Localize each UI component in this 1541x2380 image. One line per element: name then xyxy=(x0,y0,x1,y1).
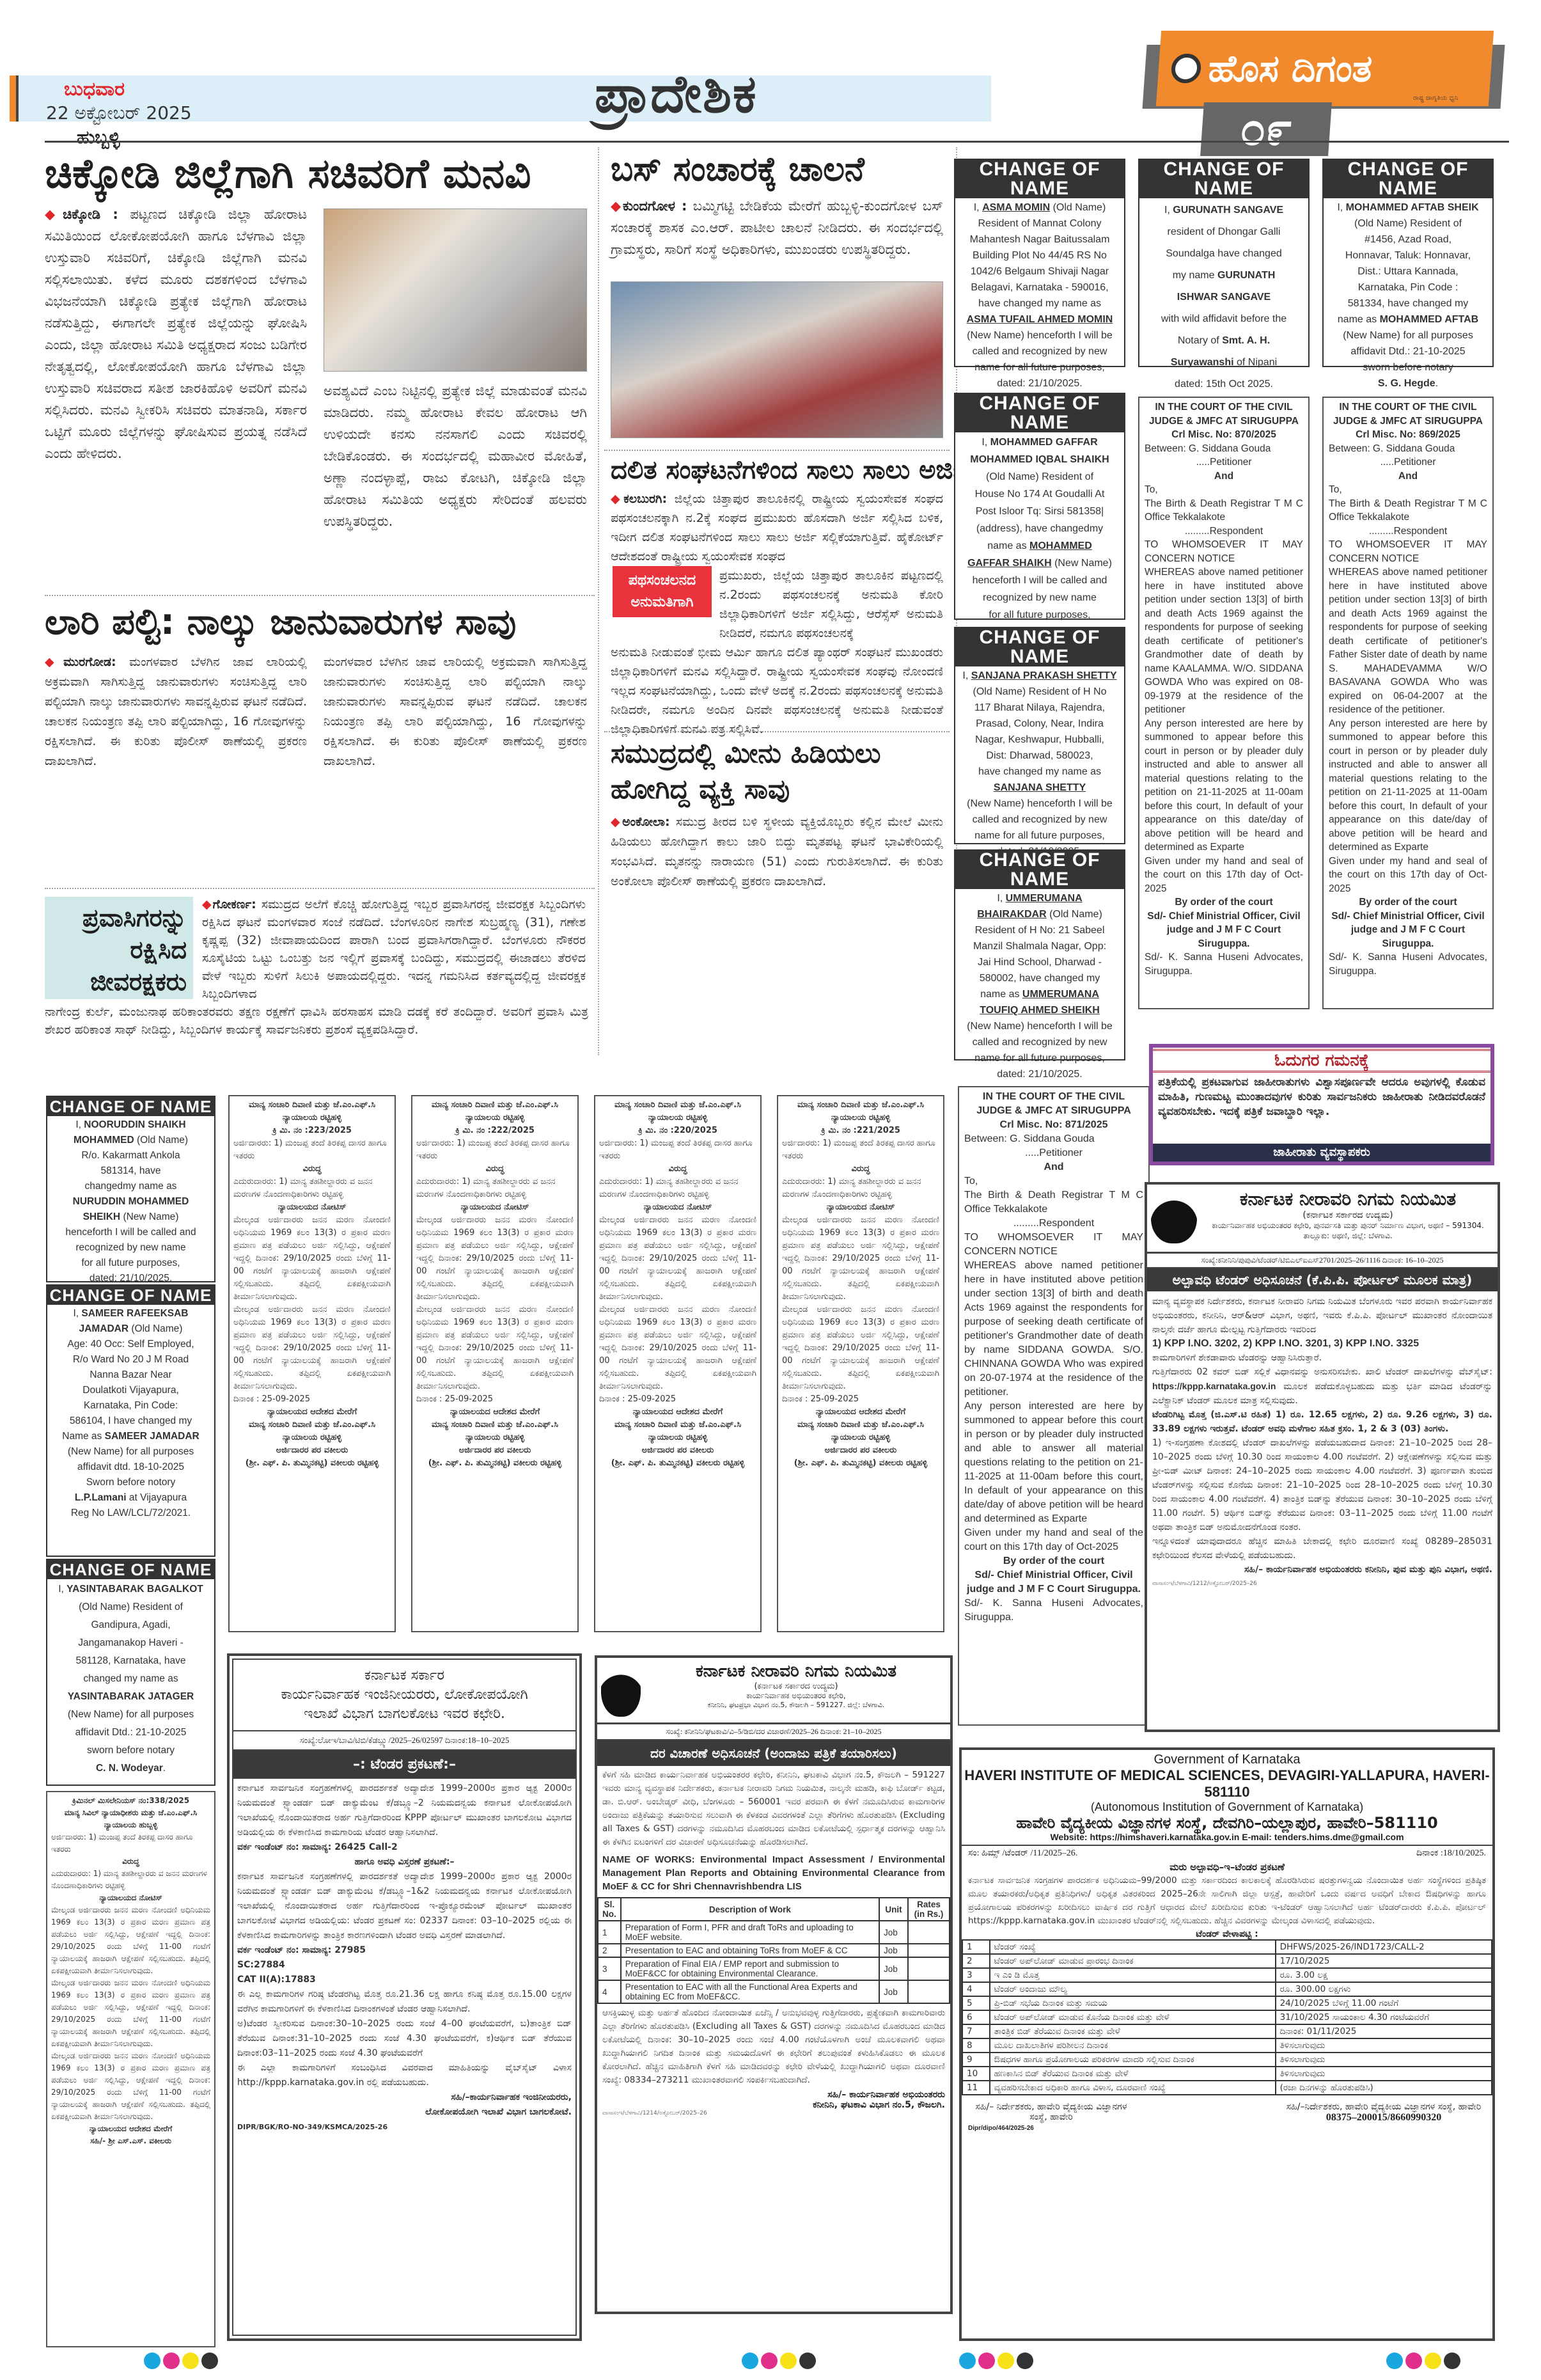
article-body-bus: ◆ಕುಂದಗೋಳ : ಬಮ್ಮಿಗಟ್ಟಿ ಬೇಡಿಕೆಯ ಮೇರೆಗೆ ಹುಬ… xyxy=(611,195,943,260)
org-sub: (ಕರ್ನಾಟಕ ಸರ್ಕಾರದ ಉದ್ಯಮ) xyxy=(1202,1210,1494,1220)
ref-number: ಸಂ: ಹಿಮ್ಸ್ /ಟೆಂಡರ್ /11/2025–26. xyxy=(968,1848,1077,1859)
section-title: ಪ್ರಾದೇಶಿಕ xyxy=(595,64,758,125)
article-body-lorry-cont: ಮಂಗಳವಾರ ಬೆಳಗಿನ ಜಾವ ಲಾರಿಯಲ್ಲಿ ಅಕ್ರಮವಾಗಿ ಸ… xyxy=(324,652,587,771)
black-dot-icon xyxy=(201,2352,218,2369)
tender-knnl-kaujalagi: ಕರ್ನಾಟಕ ನೀರಾವರಿ ನಿಗಮ ನಿಯಮಿತ (ಕರ್ನಾಟಕ ಸರ್… xyxy=(595,1655,953,2314)
lamp-emblem-icon xyxy=(1170,54,1201,83)
magenta-dot-icon xyxy=(163,2352,180,2369)
court-notice-338: ಕ್ರಿಮಿನಲ್ ಮಿಸಲೇನಿಯಸ್ ನಂ:338/2025 ಮಾನ್ಯ ಸ… xyxy=(46,1791,215,2347)
court-notice-223: ಮಾನ್ಯ ಸಂಚಾರಿ ದಿವಾಣಿ ಮತ್ತು ಜೆ.ಎಂ.ಎಫ್.ಸಿ ನ… xyxy=(228,1095,396,1632)
readers-notice-footer: ಜಾಹೀರಾತು ವ್ಯವಸ್ಥಾಪಕರು xyxy=(1153,1144,1490,1162)
cyan-dot-icon xyxy=(959,2352,976,2369)
article-body-gokarna-rest: ನಾಗೇಂದ್ರ ಕುರ್ಲೆ, ಮಂಜುನಾಥ ಹರಿಕಾಂತರವರು ತಕ್… xyxy=(45,1003,588,1039)
court-notice-220: ಮಾನ್ಯ ಸಂಚಾರಿ ದಿವಾಣಿ ಮತ್ತು ಜೆ.ಎಂ.ಎಫ್.ಸಿ ನ… xyxy=(594,1095,762,1632)
name-change-ad: CHANGE OF NAME I, SAMEER RAFEEKSABJAMADA… xyxy=(46,1284,215,1557)
table-row: 2ಟೆಂಡರ್ ಅಪ್‌ಲೋಡ್ ಮಾಡುವ ಪ್ರಾರಂಭ ದಿನಾಂಕ17/… xyxy=(962,1954,1492,1968)
divider xyxy=(45,595,595,596)
black-dot-icon xyxy=(1017,2352,1033,2369)
weekday: ಬುಧವಾರ xyxy=(64,78,125,100)
name-change-ad: CHANGE OF NAME I, NOORUDDIN SHAIKHMOHAMM… xyxy=(46,1096,215,1282)
ad-body: I, NOORUDDIN SHAIKHMOHAMMED (Old Name)R/… xyxy=(47,1116,214,1288)
notice-date: ದಿನಾಂಕ :18/10/2025. xyxy=(1416,1848,1486,1859)
headline-gokarna: ಪ್ರವಾಸಿಗರನ್ನು ರಕ್ಷಿಸಿದ ಜೀವರಕ್ಷಕರು xyxy=(45,897,193,999)
newspaper-name: ಹೊಸ ದಿಗಂತ xyxy=(1207,47,1374,91)
divider xyxy=(45,888,595,889)
article-body-dalit: ◆ಕಲಬುರಗಿ: ಜಿಲ್ಲೆಯ ಚಿತ್ತಾಪುರ ತಾಲೂಕಿನಲ್ಲಿ … xyxy=(611,489,943,566)
cyan-dot-icon xyxy=(144,2352,160,2369)
org-name: ಕರ್ನಾಟಕ ನೀರಾವರಿ ನಿಗಮ ನಿಯಮಿತ xyxy=(1202,1188,1494,1210)
ad-body: I, YASINTABARAK BAGALKOT(Old Name) Resid… xyxy=(47,1579,214,1779)
table-row: 1ಟೆಂಡರ್ ಸಂಖ್ಯೆDHFWS/2025-26/IND1723/CALL… xyxy=(962,1940,1492,1954)
article-body-fisherman: ◆ಅಂಕೋಲಾ: ಸಮುದ್ರ ತೀರದ ಬಳಿ ಸ್ಥಳೀಯ ವ್ಯಕ್ತಿಯ… xyxy=(611,812,943,892)
black-dot-icon xyxy=(799,2352,816,2369)
signature-right: ಸಹಿ/–ನಿರ್ದೇಶಕರು, ಹಾವೇರಿ ವೈದ್ಯಕೀಯ ವಿಜ್ಞಾನ… xyxy=(1281,2102,1486,2112)
readers-notice-body: ಪತ್ರಿಕೆಯಲ್ಲಿ ಪ್ರಕಟವಾಗುವ ಜಾಹೀರಾತುಗಳು ವಿಶ್… xyxy=(1153,1074,1490,1121)
yellow-dot-icon xyxy=(780,2352,797,2369)
court-notice-870: IN THE COURT OF THE CIVIL JUDGE & JMFC A… xyxy=(1138,397,1310,1009)
table-row: 3Preparation of Final EIA / EMP report a… xyxy=(598,1957,950,1980)
header-accent-bar xyxy=(10,75,19,122)
gov-title: ಕರ್ನಾಟಕ ಸರ್ಕಾರ xyxy=(236,1666,573,1685)
table-row: 9ಔಷಧಗಳ ಹಾಗೂ ಪ್ರಯೋಗಾಲಯ ಪರಿಕರಗಳ ಮಾದರಿ ಸಲ್ಲ… xyxy=(962,2053,1492,2067)
registration-marks xyxy=(1386,2352,1463,2372)
page-number: ೦೯ xyxy=(1200,102,1332,156)
gov-title: Government of Karnataka xyxy=(964,1753,1490,1767)
table-row: 2Presentation to EAC and obtaining ToRs … xyxy=(598,1944,950,1957)
article-body-dalit-rest: ಅನುಮತಿ ನೀಡುವಂತೆ ಭೀಮ ಆರ್ಮಿ ಹಾಗೂ ದಲಿತ ಪ್ಯಾ… xyxy=(611,643,943,739)
signature: ಸಹಿ/–ಕಾರ್ಯನಿರ್ವಾಹಕ ಇಂಜಿನೀಯರರು, xyxy=(237,2090,572,2105)
article-body-gokarna: ◆ಗೋಕರ್ಣ: ಸಮುದ್ರದ ಅಲೆಗೆ ಕೊಚ್ಚಿ ಹೋಗುತ್ತಿದ್… xyxy=(202,895,586,1003)
table-row: 1Preparation of Form I, PFR and draft To… xyxy=(598,1921,950,1944)
issue-date: 22 ಅಕ್ಟೋಬರ್ 2025 xyxy=(46,102,192,124)
article-body-chikkodi: ◆ಚಿಕ್ಕೋಡಿ : ಪಟ್ಟಣದ ಚಿಕ್ಕೋಡಿ ಜಿಲ್ಲಾ ಹೋರಾಟ… xyxy=(45,203,307,464)
name-change-ad: CHANGE OF NAME I, SANJANA PRAKASH SHETTY… xyxy=(954,627,1125,844)
divider xyxy=(604,450,950,451)
signature: ಸಹಿ/– ಕಾರ್ಯನಿರ್ವಾಹಕ ಅಭಿಯಂತರರು ಕನೀನಿನಿ, ಪ… xyxy=(1152,1563,1492,1577)
photo-memorandum xyxy=(324,209,587,372)
ref-number: ಸಂಖ್ಯೆ:ಲೋಇ/ಬಾವಿ/ಟಿಬಿ/ಕೆಡಬ್ಲ್ಯು/2025–26/0… xyxy=(233,1731,575,1751)
headline-lorry: ಲಾರಿ ಪಲ್ಟಿ: ನಾಲ್ಕು ಜಾನುವಾರುಗಳ ಸಾವು xyxy=(45,601,516,643)
tagline: ರಾಷ್ಟ್ರ ಜಾಗೃತಿಯ ಧ್ವನಿ xyxy=(1413,95,1458,102)
work-indent: ವರ್ಕ ಇಂಡೆಂಟ್ ನಂ: ಸಾಮಾನ್ಯ: 27985 xyxy=(237,1943,572,1958)
table-row: 3ಇ ಎಂ ಡಿ ಮೊತ್ತರೂ. 3.00 ಲಕ್ಷ xyxy=(962,1968,1492,1982)
knnl-logo-icon xyxy=(1151,1188,1197,1243)
tender-hims-haveri: Government of Karnataka HAVERI INSTITUTE… xyxy=(959,1747,1495,2341)
ad-body: I, SANJANA PRAKASH SHETTY(Old Name) Resi… xyxy=(955,666,1124,861)
office-title: ಕಾರ್ಯನಿರ್ವಾಹಕ ಇಂಜಿನೀಯರರು, ಲೋಕೋಪಯೋಗಿ xyxy=(236,1685,573,1705)
kpp-numbers: 1) KPP I.NO. 3202, 2) KPP I.NO. 3201, 3)… xyxy=(1152,1337,1492,1351)
headline-fisherman: ಸಮುದ್ರದಲ್ಲಿ ಮೀನು ಹಿಡಿಯಲು ಹೋಗಿದ್ದ ವ್ಯಕ್ತಿ… xyxy=(611,736,943,807)
phone-number: 08375–200015/8660990320 xyxy=(1281,2112,1486,2124)
signature-left: ಸಹಿ/– ನಿರ್ದೇಶಕರು, ಹಾವೇರಿ ವೈದ್ಯಕೀಯ ವಿಜ್ಞಾ… xyxy=(968,2102,1134,2124)
header-rule xyxy=(45,141,1509,143)
table-row: 6ಟೆಂಡರ್ ಅಪ್‌ಲೋಡ್ ಮಾಡುವ ಕೊನೆಯ ದಿನಾಂಕ ಮತ್ತ… xyxy=(962,2010,1492,2024)
yellow-dot-icon xyxy=(182,2352,199,2369)
black-dot-icon xyxy=(1444,2352,1460,2369)
ad-body: I, GURUNATH SANGAVEresident of Dhongar G… xyxy=(1139,198,1308,397)
registration-marks xyxy=(959,2352,1036,2372)
org-name: ಕರ್ನಾಟಕ ನೀರಾವರಿ ನಿಗಮ ನಿಯಮಿತ xyxy=(646,1662,946,1682)
dateline: ಚಿಕ್ಕೋಡಿ : xyxy=(63,207,118,222)
table-row: 4ಟೆಂಡರ್ ಅಂದಾಜು ಮೌಲ್ಯರೂ. 300.00 ಲಕ್ಷಗಳು xyxy=(962,1982,1492,1996)
work-indent: ವರ್ಕ ಇಂಡೆಂಟ್ ನಂ: ಸಾಮಾನ್ಯ: 26425 Call-2 xyxy=(237,1840,572,1855)
court-notice-222: ಮಾನ್ಯ ಸಂಚಾರಿ ದಿವಾಣಿ ಮತ್ತು ಜೆ.ಎಂ.ಎಫ್.ಸಿ ನ… xyxy=(411,1095,579,1632)
name-change-ad: CHANGE OF NAME I, MOHAMMED AFTAB SHEIK(O… xyxy=(1322,159,1494,367)
ad-code: ವಾಸಾಸಂಇ/ಬೆಳಗಾವಿ/1214/ಅಕ್ಟೋಬರ್/2025–26 xyxy=(597,2110,950,2116)
table-row: 10ಹಣಕಾಸಿನ ಬಿಡ್ ತೆರೆಯುವ ದಿನಾಂಕ ಮತ್ತು ವೇಳೆ… xyxy=(962,2067,1492,2081)
works-title: NAME OF WORKS: Environmental Impact Asse… xyxy=(597,1852,950,1895)
table-row: 5ಪ್ರಿ-ಬಿಡ್ ಸಭೆಯ ದಿನಾಂಕ ಮತ್ತು ಸಮಯ24/10/20… xyxy=(962,1996,1492,2010)
ad-body: I, UMMERUMANABHAIRAKDAR (Old Name)Reside… xyxy=(955,889,1124,1084)
ref-number: ಸಂಖ್ಯೆ: ಕನೀನಿನಿ/ಘಟಕಾವಿ/ವಿ–5/ಡಿಬಿ/ದರ ವಿಚಾ… xyxy=(597,1724,950,1740)
name-change-ad: CHANGE OF NAME I, ASMA MOMIN (Old Name)R… xyxy=(954,159,1125,367)
name-change-ad: CHANGE OF NAME I, MOHAMMED GAFFARMOHAMME… xyxy=(954,393,1125,620)
tender-body: ಮಾನ್ಯ ವ್ಯವಸ್ಥಾಪಕ ನಿರ್ದೇಶಕರು, ಕರ್ನಾಟಕ ನೀರ… xyxy=(1147,1291,1498,1594)
ref-number: ಸಂಖ್ಯೆ:ಕನೀನಿನಿ/ಪುಪುವಿ/ಟೆಂಡರ್/ಟಿಬಿಎಲ್ಐಎಸ್… xyxy=(1147,1254,1498,1268)
schedule-table: 1ಟೆಂಡರ್ ಸಂಖ್ಯೆDHFWS/2025-26/IND1723/CALL… xyxy=(962,1939,1492,2095)
knnl-logo-icon xyxy=(601,1662,641,1717)
contact-info: Website: https://himshaveri.karnataka.go… xyxy=(964,1832,1490,1842)
headline-dalit: ದಲಿತ ಸಂಘಟನೆಗಳಿಂದ ಸಾಲು ಸಾಲು ಅರ್ಜಿ xyxy=(611,455,966,485)
court-notice-871: IN THE COURT OF THE CIVIL JUDGE & JMFC A… xyxy=(958,1086,1150,1726)
signature: ಸಹಿ/– ಕಾರ್ಯನಿರ್ವಾಹಕ ಅಭಿಯಂತರರು xyxy=(597,2090,950,2100)
tender-pwd-bagalkot: ಕರ್ನಾಟಕ ಸರ್ಕಾರ ಕಾರ್ಯನಿರ್ವಾಹಕ ಇಂಜಿನೀಯರರು,… xyxy=(227,1653,582,2341)
court-notice-221: ಮಾನ್ಯ ಸಂಚಾರಿ ದಿವಾಣಿ ಮತ್ತು ಜೆ.ಎಂ.ಎಫ್.ಸಿ ನ… xyxy=(777,1095,944,1632)
tender-bar: ಅಲ್ಪಾವಧಿ ಟೆಂಡರ್ ಅಧಿಸೂಚನೆ (ಕೆ.ಪಿ.ಪಿ. ಪೋರ್… xyxy=(1147,1268,1498,1291)
divider xyxy=(604,731,950,732)
readers-notice-title: ಓದುಗರ ಗಮನಕ್ಕೆ xyxy=(1153,1049,1490,1073)
magenta-dot-icon xyxy=(1405,2352,1422,2369)
notice-title: ಮರು ಅಲ್ಪಾವಧಿ–ಇ–ಟೆಂಡರ ಪ್ರಕಟಣೆ xyxy=(962,1861,1492,1873)
schedule-table-body: 1ಟೆಂಡರ್ ಸಂಖ್ಯೆDHFWS/2025-26/IND1723/CALL… xyxy=(962,1940,1492,2095)
table-row: 7ತಾಂತ್ರಿಕ ಬಿಡ್ ತೆರೆಯುವ ದಿನಾಂಕ ಮತ್ತು ವೇಳೆ… xyxy=(962,2024,1492,2038)
tender-bar: ದರ ವಿಚಾರಣೆ ಅಧಿಸೂಚನೆ (ಅಂದಾಜು ಪತ್ರಿಕೆ ತಯಾರ… xyxy=(597,1740,950,1766)
ad-body: I, MOHAMMED GAFFARMOHAMMED IQBAL SHAIKH(… xyxy=(955,432,1124,642)
yellow-dot-icon xyxy=(997,2352,1014,2369)
ad-code: ವಾಸಾಸಂಇ/ಬೆಳಗಾವಿ/1212/ಅಕ್ಟೋಬರ್/2025–26 xyxy=(1152,1577,1492,1591)
works-table: Sl. No. Description of Work Unit Rates (… xyxy=(597,1897,950,2004)
works-table-body: 1Preparation of Form I, PFR and draft To… xyxy=(598,1921,950,2003)
headline-chikkodi: ಚಿಕ್ಕೋಡಿ ಜಿಲ್ಲೆಗಾಗಿ ಸಚಿವರಿಗೆ ಮನವಿ xyxy=(45,150,531,198)
name-change-ad: CHANGE OF NAME I, UMMERUMANABHAIRAKDAR (… xyxy=(954,849,1125,1060)
headline-bus: ಬಸ್ ಸಂಚಾರಕ್ಕೆ ಚಾಲನೆ xyxy=(611,150,864,189)
org-address: ಕಾರ್ಯನಿರ್ವಾಹಕ ಅಭಿಯಂತರರ ಕಛೇರಿ, ಪುನರ್ವಸತಿ … xyxy=(1202,1220,1494,1241)
article-body-chikkodi-cont: ಅವಶ್ಯವಿದೆ ಎಂಬ ನಿಟ್ಟಿನಲ್ಲಿ ಪ್ರತ್ಯೇಕ ಜಿಲ್ಲ… xyxy=(324,380,587,532)
ad-code: Dipr/dipo/464/2025-26 xyxy=(962,2124,1492,2133)
cyan-dot-icon xyxy=(742,2352,758,2369)
tender-url[interactable]: https://kppp.karnataka.gov.in xyxy=(1152,1381,1276,1391)
edition-city: ಹುಬ್ಬಳ್ಳಿ xyxy=(77,127,120,148)
cyan-dot-icon xyxy=(1386,2352,1403,2369)
callout-box: ಪಥಸಂಚಲನದ ಅನುಮತಿಗಾಗಿ xyxy=(613,566,712,617)
ad-header: CHANGE OF NAME xyxy=(955,160,1124,198)
article-body-dalit-wrap: ಪ್ರಮುಖರು, ಜಿಲ್ಲೆಯ ಚಿತ್ತಾಪುರ ತಾಲೂಕಿನ ಪಟ್ಟ… xyxy=(719,566,943,643)
ad-body: I, SAMEER RAFEEKSABJAMADAR (Old Name)Age… xyxy=(47,1305,214,1522)
registration-marks xyxy=(742,2352,818,2372)
name-change-ad: CHANGE OF NAME I, GURUNATH SANGAVEreside… xyxy=(1138,159,1310,367)
table-row: 8ಮೂಲ ದಾಖಲಾತಿಗಳ ಪರಿಶೀಲನ ದಿನಾಂಕತಿಳಿಸಲಾಗುವು… xyxy=(962,2038,1492,2053)
photo-bus-launch xyxy=(611,281,943,438)
yellow-dot-icon xyxy=(1425,2352,1441,2369)
tender-knnl-athani: ಕರ್ನಾಟಕ ನೀರಾವರಿ ನಿಗಮ ನಿಯಮಿತ (ಕರ್ನಾಟಕ ಸರ್… xyxy=(1145,1182,1500,1732)
table-row: 11ವ್ಯವಹರಿಸಬೇಕಾದ ಅಧಿಕಾರಿ ಹಾಗೂ ವಿಳಾಸ, ದೂರವ… xyxy=(962,2081,1492,2095)
article-body-lorry: ◆ಮುರಗೋಡ: ಮಂಗಳವಾರ ಬೆಳಗಿನ ಜಾವ ಲಾರಿಯಲ್ಲಿ ಅಕ… xyxy=(45,652,307,771)
ad-body: I, ASMA MOMIN (Old Name)Resident of Mann… xyxy=(955,198,1124,393)
registration-marks xyxy=(144,2352,221,2372)
court-notice-869: IN THE COURT OF THE CIVIL JUDGE & JMFC A… xyxy=(1322,397,1494,1009)
magenta-dot-icon xyxy=(978,2352,995,2369)
magenta-dot-icon xyxy=(761,2352,778,2369)
name-change-ad: CHANGE OF NAME I, YASINTABARAK BAGALKOT(… xyxy=(46,1559,215,1786)
tender-bar: –: ಟೆಂಡರ ಪ್ರಕಟಣೆ:– xyxy=(233,1751,575,1779)
table-row: 4Presentation to EAC with all the Functi… xyxy=(598,1980,950,2003)
column-divider xyxy=(598,147,599,1055)
readers-notice: ಓದುಗರ ಗಮನಕ್ಕೆ ಪತ್ರಿಕೆಯಲ್ಲಿ ಪ್ರಕಟವಾಗುವ ಜಾ… xyxy=(1149,1044,1494,1165)
ad-code: DIPR/BGK/RO-NO-349/KSMCA/2025-26 xyxy=(237,2120,572,2134)
ad-body: I, MOHAMMED AFTAB SHEIK(Old Name) Reside… xyxy=(1324,198,1492,393)
org-name: HAVERI INSTITUTE OF MEDICAL SCIENCES, DE… xyxy=(964,1767,1490,1801)
